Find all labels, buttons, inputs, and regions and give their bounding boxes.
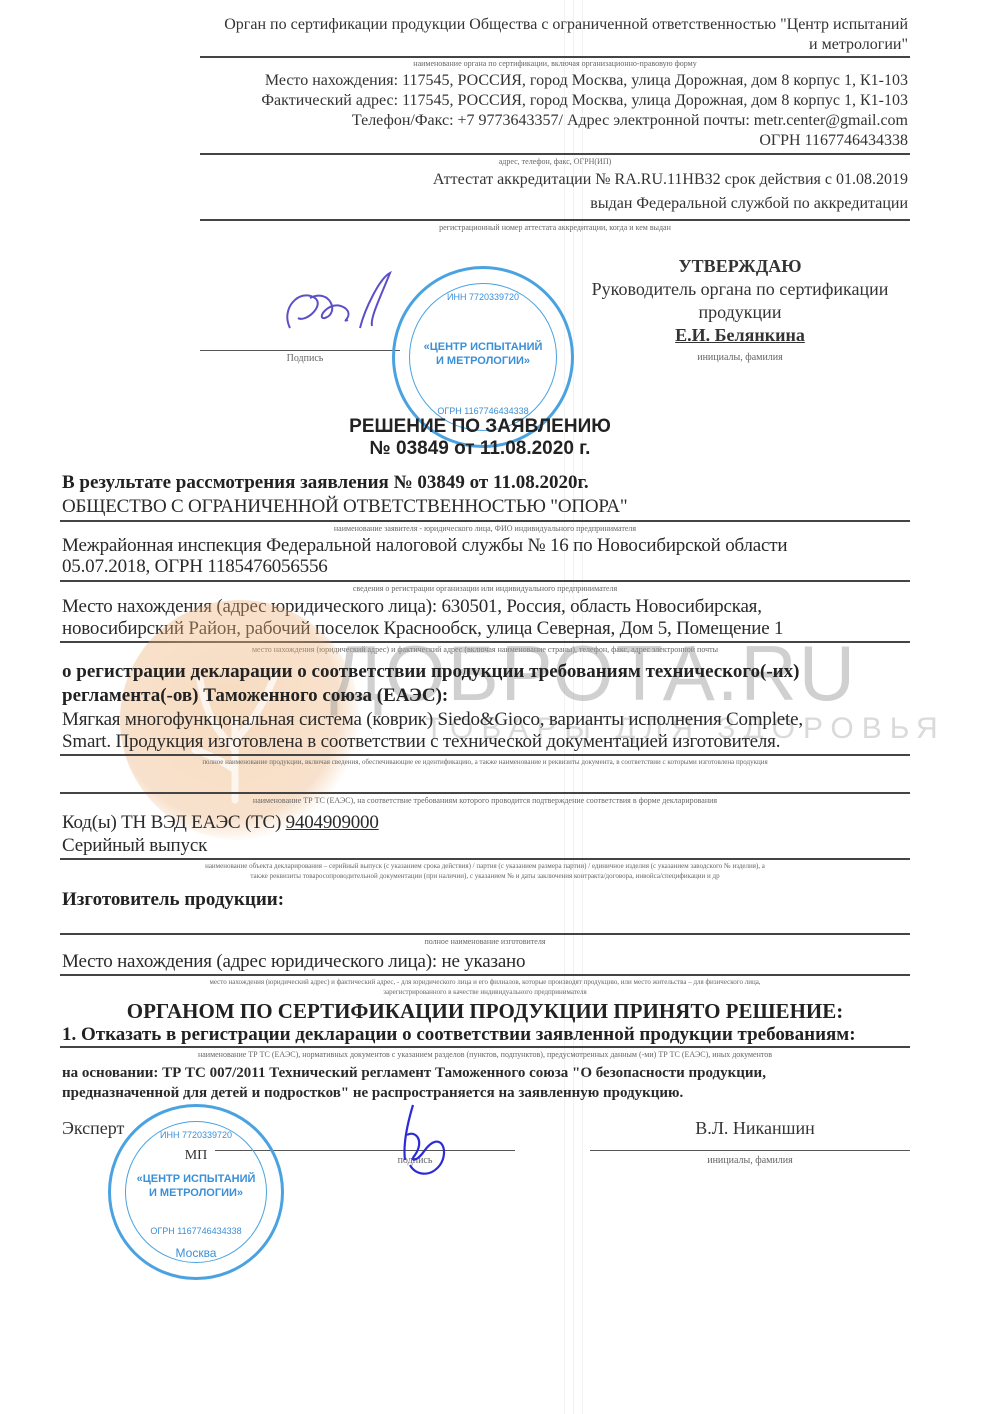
address-line1: Место нахождения (адрес юридического лиц… <box>62 596 762 618</box>
basis-line2: предназначенной для детей и подростков" … <box>62 1085 683 1102</box>
approval-role-line1: Руководитель органа по сертификации <box>540 279 940 300</box>
decision-title-line1: РЕШЕНИЕ ПО ЗАЯВЛЕНИЮ <box>300 416 660 438</box>
approval-name: Е.И. Белянкина <box>560 325 920 346</box>
verdict-item: 1. Отказать в регистрации декларации о с… <box>62 1024 856 1046</box>
decision-intro: В результате рассмотрения заявления № 03… <box>62 472 589 494</box>
registration-line1: Межрайонная инспекция Федеральной налого… <box>62 535 787 557</box>
rule <box>60 792 910 794</box>
approval-role-line2: продукции <box>540 302 940 323</box>
accreditation-line2: выдан Федеральной службой по аккредитаци… <box>590 195 908 213</box>
rule <box>60 754 910 756</box>
subject-line2: регламента(-ов) Таможенного союза (ЕАЭС)… <box>62 685 448 707</box>
product-line1: Мягкая многофункцональная система (коври… <box>62 709 803 731</box>
product-line2: Smart. Продукция изготовлена в соответст… <box>62 731 780 753</box>
manufacturer-address-caption-line1: место нахождения (юридический адрес) и ф… <box>60 978 910 986</box>
expert-name-line <box>590 1150 910 1151</box>
manufacturer-caption: полное наименование изготовителя <box>60 937 910 946</box>
serial-caption-line1: наименование объекта декларирования – се… <box>60 862 910 870</box>
accreditation-line1: Аттестат аккредитации № RA.RU.11НВ32 сро… <box>433 171 908 189</box>
manufacturer-address-caption-line2: зарегистрированного в качестве индивидуа… <box>60 988 910 996</box>
expert-name-caption: инициалы, фамилия <box>600 1155 900 1166</box>
decision-title-line2: № 03849 от 11.08.2020 г. <box>300 438 660 460</box>
registration-caption: сведения о регистрации организации или и… <box>60 584 910 593</box>
expert-name: В.Л. Никаншин <box>600 1118 910 1139</box>
subject-line1: о регистрации декларации о соответствии … <box>62 661 799 683</box>
org-ogrn: ОГРН 1167746434338 <box>759 132 908 150</box>
hs-code-value: 9404909000 <box>286 812 379 833</box>
manufacturer-address: Место нахождения (адрес юридического лиц… <box>62 951 525 973</box>
expert-stamp: ИНН 7720339720 МП «ЦЕНТР ИСПЫТАНИЙ И МЕТ… <box>108 1104 284 1280</box>
registration-line2: 05.07.2018, ОГРН 1185476056556 <box>62 556 328 578</box>
basis-line1: на основании: ТР ТС 007/2011 Технический… <box>62 1065 766 1082</box>
accreditation-caption: регистрационный номер аттестата аккредит… <box>200 223 910 232</box>
verdict-title: ОРГАНОМ ПО СЕРТИФИКАЦИИ ПРОДУКЦИИ ПРИНЯТ… <box>60 999 910 1024</box>
rule <box>200 153 910 155</box>
product-caption: полное наименование продукции, включая с… <box>60 758 910 766</box>
org-name-line1: Орган по сертификации продукции Общества… <box>224 16 908 34</box>
verdict-caption: наименование ТР ТС (ЕАЭС), нормативных д… <box>60 1050 910 1059</box>
hs-code: Код(ы) ТН ВЭД ЕАЭС (ТС) 9404909000 <box>62 812 379 834</box>
hs-code-label: Код(ы) ТН ВЭД ЕАЭС (ТС) <box>62 812 286 833</box>
signature-line <box>200 350 400 351</box>
director-signature <box>270 268 410 348</box>
org-name-line2: и метрологии" <box>809 36 908 54</box>
org-caption: наименование органа по сертификации, вкл… <box>200 59 910 68</box>
serial-release: Серийный выпуск <box>62 835 207 857</box>
expert-signature <box>385 1100 475 1190</box>
rule <box>60 580 910 582</box>
approval-title: УТВЕРЖДАЮ <box>560 256 920 277</box>
approval-name-caption: инициалы, фамилия <box>560 352 920 363</box>
org-location: Место нахождения: 117545, РОССИЯ, город … <box>265 72 908 90</box>
applicant-caption: наименование заявителя - юридического ли… <box>60 524 910 533</box>
tr-caption: наименование ТР ТС (ЕАЭС), на соответств… <box>60 796 910 805</box>
serial-caption-line2: также реквизиты товаросопроводительной д… <box>60 872 910 880</box>
rule <box>60 933 910 935</box>
manufacturer-label: Изготовитель продукции: <box>62 889 284 911</box>
address-caption: адрес, телефон, факс, ОГРН(ИП) <box>200 157 910 166</box>
org-actual-address: Фактический адрес: 117545, РОССИЯ, город… <box>261 92 908 110</box>
rule <box>200 219 910 221</box>
signature-caption: Подпись <box>255 353 355 364</box>
rule <box>60 974 910 976</box>
org-phone-email: Телефон/Факс: +7 9773643357/ Адрес элект… <box>352 112 908 130</box>
applicant-name: ОБЩЕСТВО С ОГРАНИЧЕННОЙ ОТВЕТСТВЕННОСТЬЮ… <box>62 496 627 518</box>
rule <box>60 858 910 860</box>
rule <box>60 1046 910 1048</box>
rule <box>200 56 910 58</box>
rule <box>60 520 910 522</box>
